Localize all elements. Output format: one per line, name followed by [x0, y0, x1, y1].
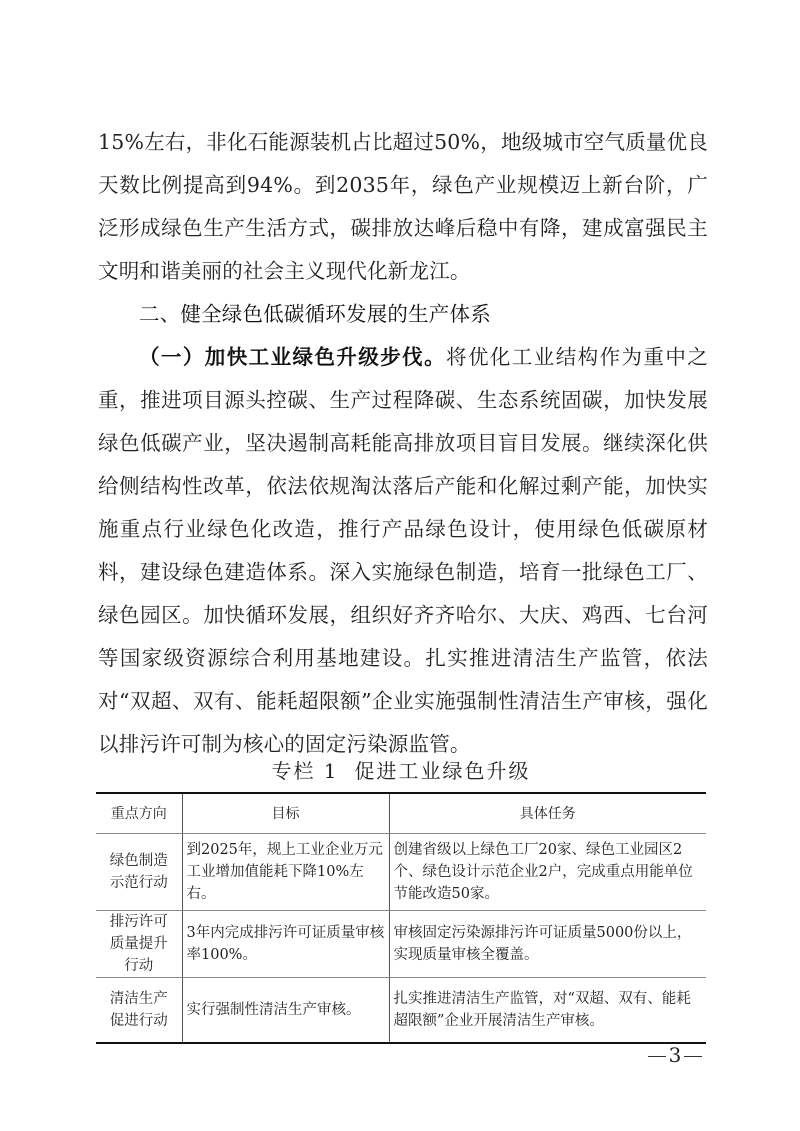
subsection-lead: （一）加快工业绿色升级步伐。	[139, 345, 446, 369]
page-number-value: 3	[669, 1043, 682, 1067]
table-header-row: 重点方向 目标 具体任务	[96, 793, 706, 834]
section-heading: 二、健全绿色低碳循环发展的生产体系	[98, 293, 708, 336]
header-direction: 重点方向	[96, 793, 182, 834]
table-row: 绿色制造示范行动 到2025年，规上工业企业万元工业增加值能耗下降10%左右。 …	[96, 834, 706, 911]
paragraph-subsection: （一）加快工业绿色升级步伐。将优化工业结构作为重中之重，推进项目源头控碳、生产过…	[98, 336, 708, 766]
document-page: 15%左右，非化石能源装机占比超过50%，地级城市空气质量优良天数比例提高到94…	[0, 0, 800, 1131]
dash-left	[648, 1056, 666, 1057]
paragraph-continuation: 15%左右，非化石能源装机占比超过50%，地级城市空气质量优良天数比例提高到94…	[98, 121, 708, 293]
cell-goal: 到2025年，规上工业企业万元工业增加值能耗下降10%左右。	[182, 834, 389, 911]
cell-task: 审核固定污染源排污许可证质量5000份以上，实现质量审核全覆盖。	[389, 911, 706, 978]
subsection-body: 将优化工业结构作为重中之重，推进项目源头控碳、生产过程降碳、生态系统固碳，加快发…	[98, 345, 708, 756]
table-row: 排污许可质量提升行动 3年内完成排污许可证质量审核率100%。 审核固定污染源排…	[96, 911, 706, 978]
cell-goal: 实行强制性清洁生产审核。	[182, 978, 389, 1044]
cell-direction: 清洁生产促进行动	[96, 978, 182, 1044]
table-title-text: 促进工业绿色升级	[355, 759, 531, 783]
task-table: 重点方向 目标 具体任务 绿色制造示范行动 到2025年，规上工业企业万元工业增…	[96, 792, 706, 1044]
cell-task: 创建省级以上绿色工厂20家、绿色工业园区2个、绿色设计示范企业2户，完成重点用能…	[389, 834, 706, 911]
header-task: 具体任务	[389, 793, 706, 834]
page-number: 3	[640, 1042, 710, 1068]
table-row: 清洁生产促进行动 实行强制性清洁生产审核。 扎实推进清洁生产监管，对“双超、双有…	[96, 978, 706, 1044]
body-text: 15%左右，非化石能源装机占比超过50%，地级城市空气质量优良天数比例提高到94…	[98, 121, 708, 766]
cell-direction: 绿色制造示范行动	[96, 834, 182, 911]
table-title-number: 专栏 1	[271, 759, 338, 783]
table-title: 专栏 1促进工业绿色升级	[96, 756, 706, 786]
cell-goal: 3年内完成排污许可证质量审核率100%。	[182, 911, 389, 978]
dash-right	[684, 1056, 702, 1057]
header-goal: 目标	[182, 793, 389, 834]
cell-direction: 排污许可质量提升行动	[96, 911, 182, 978]
cell-task: 扎实推进清洁生产监管，对“双超、双有、能耗超限额”企业开展清洁生产审核。	[389, 978, 706, 1044]
